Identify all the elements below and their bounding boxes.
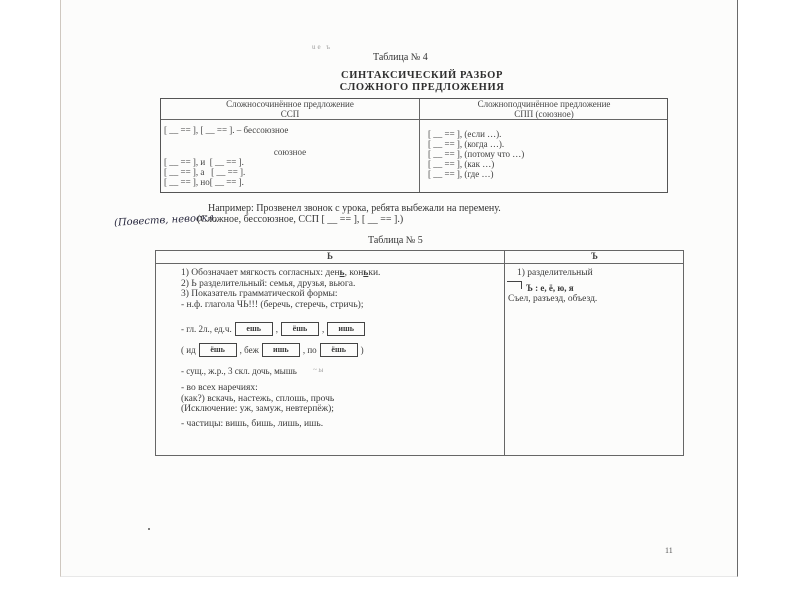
header-line: ССП (161, 110, 419, 120)
word-part: ден (325, 268, 339, 278)
ending-box: ёшь (199, 343, 237, 357)
example-analysis: (Сложное, бессоюзное, ССП [ __ == ], [ _… (197, 214, 403, 225)
bracket-mark (507, 281, 522, 289)
table4-header-spp: Сложноподчинённое предложение СПП (союзн… (420, 100, 668, 119)
ssp-conjunctive-schemes: [ __ == ], и [ __ == ]. [ __ == ], а [ _… (164, 157, 245, 187)
spp-schemes: [ __ == ], (если …). [ __ == ], (когда …… (428, 129, 524, 179)
word-part: ки. (368, 268, 380, 278)
ending-box: ёшь (281, 322, 319, 336)
example-prefix: , по (303, 345, 317, 355)
title-line-1: СИНТАКСИЧЕСКИЙ РАЗБОР (322, 70, 522, 82)
rule-item-2: 2) Ь разделительный: семья, друзья, вьюг… (181, 279, 380, 290)
hard-sign-examples: Съел, разъезд, объезд. (508, 294, 597, 304)
document-title: СИНТАКСИЧЕСКИЙ РАЗБОР СЛОЖНОГО ПРЕДЛОЖЕН… (322, 70, 522, 94)
rule-infinitive: - н.ф. глагола ЧЬ!!! (беречь, стеречь, с… (181, 300, 380, 311)
hard-sign-rule: Ъ : е, ё, ю, я (526, 283, 574, 293)
ssp-conjunctive-label: союзное (161, 147, 419, 157)
rule-item-1: 1) Обозначает мягкость согласных: день, … (181, 268, 380, 279)
verb-ending-row: - гл. 2л., ед.ч. ешь, ёшь, ишь (181, 322, 368, 336)
page-number: 11 (665, 546, 673, 555)
word-part: , кон (345, 268, 364, 278)
title-line-2: СЛОЖНОГО ПРЕДЛОЖЕНИЯ (322, 82, 522, 94)
adverbs-rule: - во всех наречиях: (как?) вскачь, насте… (181, 383, 334, 415)
example-prefix: , беж (240, 345, 259, 355)
header-line: СПП (союзное) (420, 110, 668, 120)
rule-item-3: 3) Показатель грамматической формы: (181, 289, 380, 300)
adverbs-exception: (Исключение: уж, замуж, невтерпёж); (181, 404, 334, 415)
top-marks: ue ъ (312, 43, 332, 51)
example-prefix: ( ид (181, 345, 196, 355)
table-5: Ь Ъ 1) Обозначает мягкость согласных: де… (155, 250, 684, 456)
table-4: Сложносочинённое предложение ССП Сложноп… (160, 98, 668, 193)
hard-sign-item-1: 1) разделительный (517, 268, 593, 278)
soft-sign-rules: 1) Обозначает мягкость согласных: день, … (181, 268, 380, 310)
particles-rule: - частицы: вишь, бишь, лишь, ишь. (181, 419, 323, 429)
table5-header-hard-sign: Ъ (505, 251, 684, 262)
table5-label: Таблица № 5 (368, 235, 423, 246)
adverbs-examples: (как?) вскачь, настежь, сплошь, прочь (181, 394, 334, 405)
ssp-asyndetic-scheme: [ __ == ], [ __ == ]. – бессоюзное (164, 125, 288, 135)
noun-row: - сущ., ж.р., 3 скл. дочь, мышь (181, 366, 297, 376)
pencil-scribble: ~ ы (313, 366, 323, 374)
table5-divider (504, 251, 505, 455)
ending-box: ешь (235, 322, 273, 336)
rule-text: 1) Обозначает мягкость согласных: (181, 268, 325, 278)
ending-box: ишь (262, 343, 300, 357)
example-suffix: ) (361, 345, 364, 355)
example-sentence: Например: Прозвенел звонок с урока, ребя… (208, 203, 501, 214)
verb-examples-row: ( ид ёшь , беж ишь , по ёшь ) (181, 343, 364, 357)
scan-speck (148, 528, 150, 530)
table4-label: Таблица № 4 (373, 52, 428, 63)
ending-box: ёшь (320, 343, 358, 357)
adverbs-label: - во всех наречиях: (181, 383, 334, 394)
table5-header-soft-sign: Ь (156, 251, 504, 262)
table4-header-ssp: Сложносочинённое предложение ССП (161, 100, 419, 119)
verb-label: - гл. 2л., ед.ч. (181, 324, 232, 334)
ending-box: ишь (327, 322, 365, 336)
